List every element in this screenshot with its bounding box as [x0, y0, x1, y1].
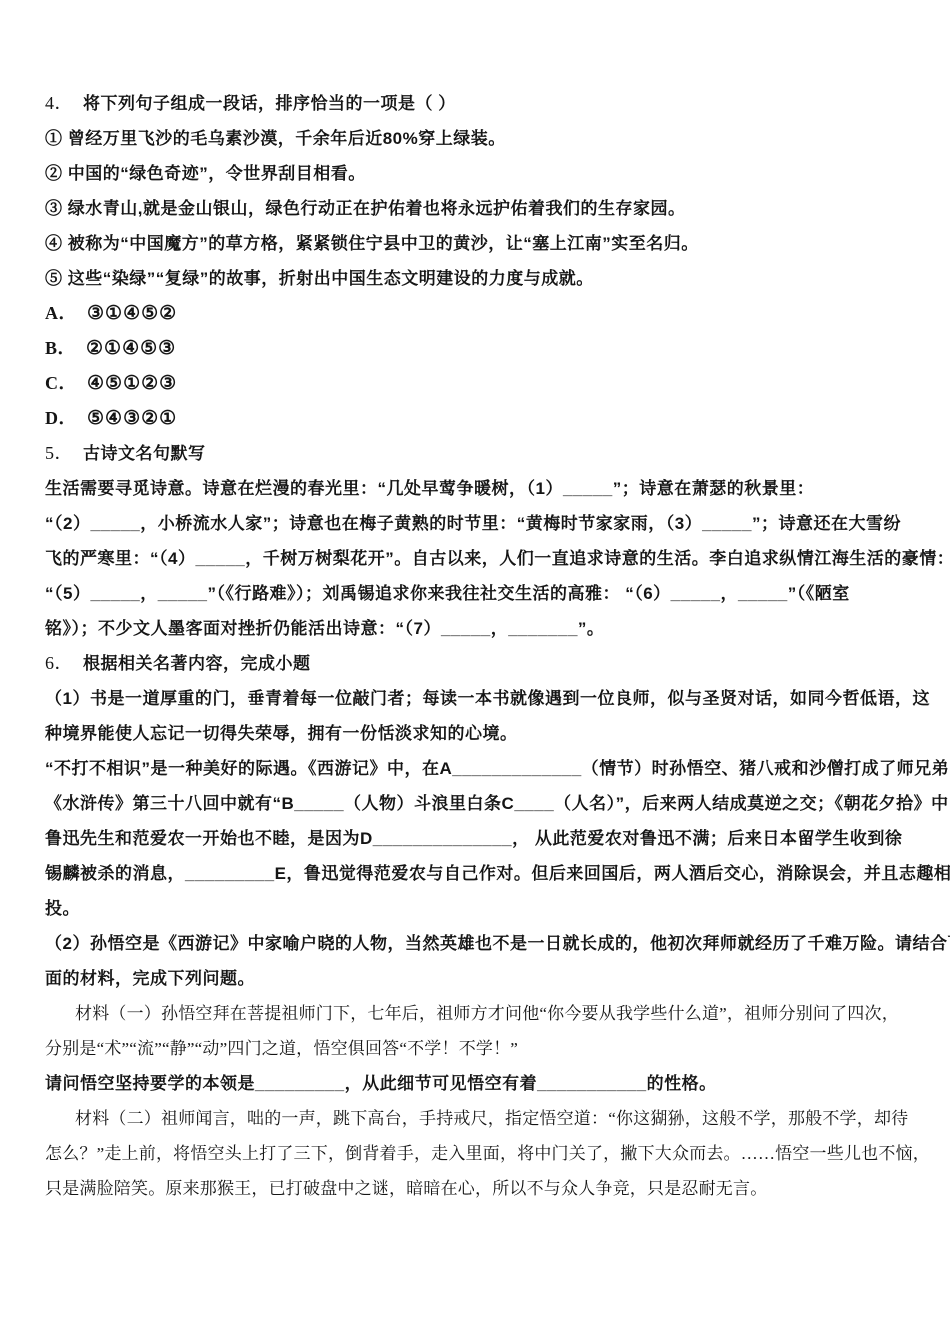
q4-stem-text: 将下列句子组成一段话，排序恰当的一项是（ ）: [83, 94, 456, 113]
q6-part1-line-7: 投。: [45, 891, 906, 926]
q6-part2-line-2-text: 面的材料，完成下列问题。: [45, 969, 255, 988]
q6-material-1-line-2-text: 分别是“术”“流”“静”“动”四门之道，悟空俱回答“不学！不学！”: [45, 1039, 518, 1058]
q6-part1-line-5: 鲁迅先生和范爱农一开始也不睦，是因为D______________， 从此范爱农…: [45, 821, 906, 856]
q4-option-a-order: ③①④⑤②: [87, 303, 177, 324]
q4-sentence-2-text: ② 中国的“绿色奇迹”，令世界刮目相看。: [45, 164, 366, 183]
q5-stem-text: 古诗文名句默写: [83, 444, 206, 463]
q4-sentence-5: ⑤ 这些“染绿”“复绿”的故事，折射出中国生态文明建设的力度与成就。: [45, 261, 906, 296]
q6-material-1-line-1-text: 材料（一）孙悟空拜在菩提祖师门下，七年后，祖师方才问他“你今要从我学些什么道”，…: [75, 1004, 899, 1023]
q6-part1-line-2: 种境界能使人忘记一切得失荣辱，拥有一份恬淡求知的心境。: [45, 716, 906, 751]
q6-material-1-line-1: 材料（一）孙悟空拜在菩提祖师门下，七年后，祖师方才问他“你今要从我学些什么道”，…: [45, 996, 906, 1031]
q6-material-2-line-2: 怎么？”走上前，将悟空头上打了三下，倒背着手，走入里面，将中门关了，撇下大众而去…: [45, 1136, 906, 1171]
q6-part1-line-5-text: 鲁迅先生和范爱农一开始也不睦，是因为D______________， 从此范爱农…: [45, 829, 902, 848]
q5-passage-line-3-text: 飞的严寒里：“（4）_____，千树万树梨花开”。自古以来，人们一直追求诗意的生…: [45, 549, 950, 568]
q6-material-1-line-2: 分别是“术”“流”“静”“动”四门之道，悟空俱回答“不学！不学！”: [45, 1031, 906, 1066]
q6-material-2-line-3-text: 只是满脸陪笑。原来那猴王，已打破盘中之谜，暗暗在心，所以不与众人争竞，只是忍耐无…: [45, 1179, 767, 1198]
q4-option-b-order: ②①④⑤③: [86, 338, 176, 359]
q5-stem: 5．古诗文名句默写: [45, 436, 906, 471]
q6-part1-line-7-text: 投。: [45, 899, 80, 918]
q6-part2-line-1: （2）孙悟空是《西游记》中家喻户晓的人物，当然英雄也不是一日就长成的，他初次拜师…: [45, 926, 906, 961]
q4-number: 4．: [45, 93, 73, 113]
q4-sentence-1-text: ① 曾经万里飞沙的毛乌素沙漠，千余年后近80%穿上绿装。: [45, 129, 506, 148]
q5-passage-line-5-text: 铭》）；不少文人墨客面对挫折仍能活出诗意：“（7）_____，_______”。: [45, 619, 604, 638]
q5-passage-line-1: 生活需要寻觅诗意。诗意在烂漫的春光里：“几处早莺争暖树，（1）_____”；诗意…: [45, 471, 906, 506]
q6-material-2-line-2-text: 怎么？”走上前，将悟空头上打了三下，倒背着手，走入里面，将中门关了，撇下大众而去…: [45, 1144, 930, 1163]
q6-part1-line-2-text: 种境界能使人忘记一切得失荣辱，拥有一份恬淡求知的心境。: [45, 724, 518, 743]
q4-stem: 4．将下列句子组成一段话，排序恰当的一项是（ ）: [45, 86, 906, 121]
q6-stem: 6．根据相关名著内容，完成小题: [45, 646, 906, 681]
q6-material-2-line-3: 只是满脸陪笑。原来那猴王，已打破盘中之谜，暗暗在心，所以不与众人争竞，只是忍耐无…: [45, 1171, 906, 1206]
q5-passage-line-4-text: “（5）_____，_____”（《行路难》）；刘禹锡追求你来我往社交生活的高雅…: [45, 584, 850, 603]
q4-sentence-3-text: ③ 绿水青山,就是金山银山，绿色行动正在护佑着也将永远护佑着我们的生存家园。: [45, 199, 685, 218]
q5-passage-line-1-text: 生活需要寻觅诗意。诗意在烂漫的春光里：“几处早莺争暖树，（1）_____”；诗意…: [45, 479, 814, 498]
q6-part2-line-1-text: （2）孙悟空是《西游记》中家喻户晓的人物，当然英雄也不是一日就长成的，他初次拜师…: [45, 934, 950, 953]
q6-material-2-line-1: 材料（二）祖师闻言，咄的一声，跳下高台，手持戒尺，指定悟空道：“你这猢狲，这般不…: [45, 1101, 906, 1136]
q4-sentence-3: ③ 绿水青山,就是金山银山，绿色行动正在护佑着也将永远护佑着我们的生存家园。: [45, 191, 906, 226]
q6-material-2-line-1-text: 材料（二）祖师闻言，咄的一声，跳下高台，手持戒尺，指定悟空道：“你这猢狲，这般不…: [75, 1109, 908, 1128]
q4-option-c-letter: C．: [45, 373, 77, 393]
q4-option-c: C．④⑤①②③: [45, 366, 906, 401]
q6-part1-line-3: “不打不相识”是一种美好的际遇。《西游记》中，在A_____________（情…: [45, 751, 906, 786]
q4-option-a-letter: A．: [45, 303, 77, 323]
q5-passage-line-3: 飞的严寒里：“（4）_____，千树万树梨花开”。自古以来，人们一直追求诗意的生…: [45, 541, 906, 576]
q6-part1-line-4: 《水浒传》第三十八回中就有“B_____（人物）斗浪里白条C____（人名）”，…: [45, 786, 906, 821]
q5-number: 5．: [45, 443, 73, 463]
q4-option-b: B．②①④⑤③: [45, 331, 906, 366]
q5-passage-line-2: “（2）_____，小桥流水人家”；诗意也在梅子黄熟的时节里：“黄梅时节家家雨，…: [45, 506, 906, 541]
q6-number: 6．: [45, 653, 73, 673]
q6-material-1-question: 请问悟空坚持要学的本领是_________，从此细节可见悟空有着________…: [45, 1066, 906, 1101]
q6-part1-line-1: （1）书是一道厚重的门，垂青着每一位敲门者；每读一本书就像遇到一位良师，似与圣贤…: [45, 681, 906, 716]
exam-content: 4．将下列句子组成一段话，排序恰当的一项是（ ） ① 曾经万里飞沙的毛乌素沙漠，…: [0, 0, 950, 1206]
q4-sentence-4-text: ④ 被称为“中国魔方”的草方格，紧紧锁住宁县中卫的黄沙，让“塞上江南”实至名归。: [45, 234, 699, 253]
q6-part1-line-1-text: （1）书是一道厚重的门，垂青着每一位敲门者；每读一本书就像遇到一位良师，似与圣贤…: [45, 689, 930, 708]
q4-sentence-2: ② 中国的“绿色奇迹”，令世界刮目相看。: [45, 156, 906, 191]
q4-option-d-letter: D．: [45, 408, 77, 428]
exam-page: 4．将下列句子组成一段话，排序恰当的一项是（ ） ① 曾经万里飞沙的毛乌素沙漠，…: [0, 0, 950, 1344]
q4-option-d-order: ⑤④③②①: [87, 408, 177, 429]
q4-option-a: A．③①④⑤②: [45, 296, 906, 331]
q6-part1-line-3-text: “不打不相识”是一种美好的际遇。《西游记》中，在A_____________（情…: [45, 759, 950, 778]
q6-part1-line-4-text: 《水浒传》第三十八回中就有“B_____（人物）斗浪里白条C____（人名）”，…: [45, 794, 949, 813]
q6-part2-line-2: 面的材料，完成下列问题。: [45, 961, 906, 996]
q6-part1-line-6-text: 锡麟被杀的消息，_________E，鲁迅觉得范爱农与自己作对。但后来回国后，两…: [45, 864, 950, 883]
q4-option-d: D．⑤④③②①: [45, 401, 906, 436]
q4-option-c-order: ④⑤①②③: [87, 373, 177, 394]
q6-part1-line-6: 锡麟被杀的消息，_________E，鲁迅觉得范爱农与自己作对。但后来回国后，两…: [45, 856, 906, 891]
q6-material-1-question-text: 请问悟空坚持要学的本领是_________，从此细节可见悟空有着________…: [45, 1074, 717, 1093]
q4-sentence-4: ④ 被称为“中国魔方”的草方格，紧紧锁住宁县中卫的黄沙，让“塞上江南”实至名归。: [45, 226, 906, 261]
q6-stem-text: 根据相关名著内容，完成小题: [83, 654, 311, 673]
q4-sentence-1: ① 曾经万里飞沙的毛乌素沙漠，千余年后近80%穿上绿装。: [45, 121, 906, 156]
q4-sentence-5-text: ⑤ 这些“染绿”“复绿”的故事，折射出中国生态文明建设的力度与成就。: [45, 269, 594, 288]
q5-passage-line-5: 铭》）；不少文人墨客面对挫折仍能活出诗意：“（7）_____，_______”。: [45, 611, 906, 646]
q5-passage-line-4: “（5）_____，_____”（《行路难》）；刘禹锡追求你来我往社交生活的高雅…: [45, 576, 906, 611]
q5-passage-line-2-text: “（2）_____，小桥流水人家”；诗意也在梅子黄熟的时节里：“黄梅时节家家雨，…: [45, 514, 901, 533]
q4-option-b-letter: B．: [45, 338, 76, 358]
